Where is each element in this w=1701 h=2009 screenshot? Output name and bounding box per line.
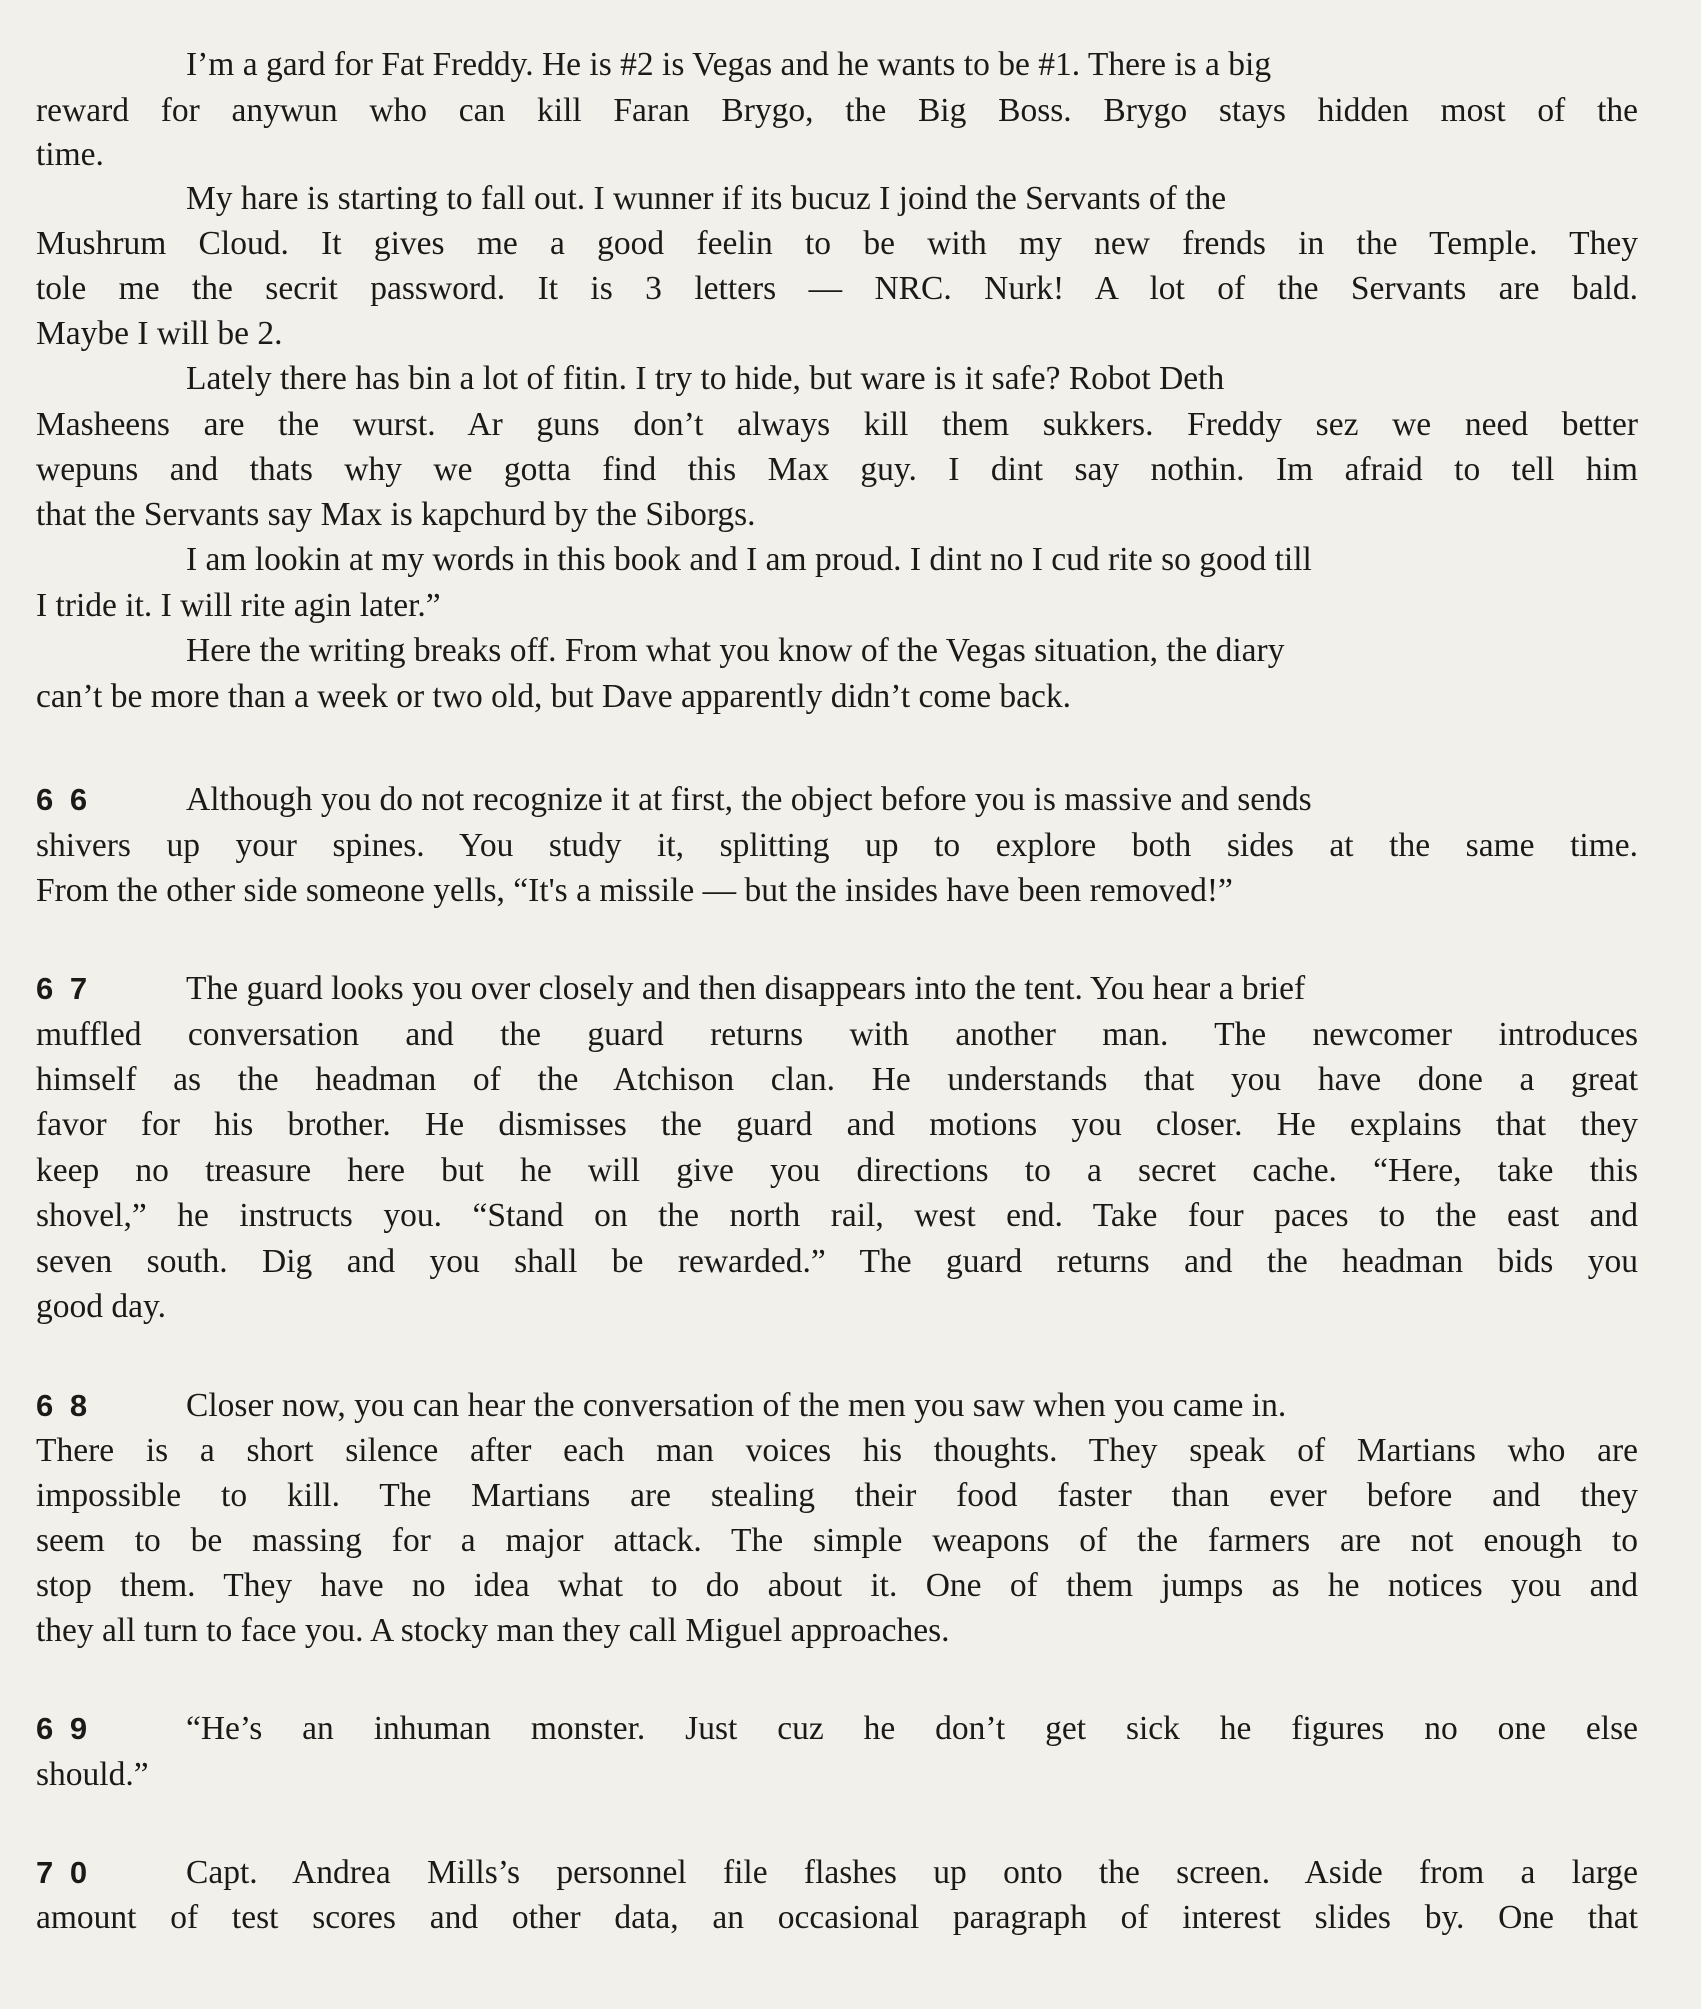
- entry-67-line-8: good day.: [36, 1284, 1638, 1330]
- diary-p4-line-2: I tride it. I will rite agin later.”: [36, 583, 1638, 629]
- diary-p2-line-1: My hare is starting to fall out. I wunne…: [36, 176, 1701, 222]
- entry-number: 6 6: [36, 777, 91, 823]
- entry-number: 6 9: [36, 1706, 91, 1752]
- diary-p3-line-3: wepuns and thats why we gotta find this …: [36, 447, 1638, 493]
- entry-70-line-2: amount of test scores and other data, an…: [36, 1895, 1638, 1941]
- entry-number: 7 0: [36, 1850, 91, 1896]
- entry-68-line-6: they all turn to face you. A stocky man …: [36, 1608, 1638, 1654]
- diary-p5-line-2: can’t be more than a week or two old, bu…: [36, 674, 1638, 720]
- entry-text: Capt. Andrea Mills’s personnel file flas…: [36, 1850, 1638, 1896]
- entry-67-line-5: keep no treasure here but he will give y…: [36, 1148, 1638, 1194]
- entry-66-line-3: From the other side someone yells, “It's…: [36, 868, 1638, 914]
- entry-69-line-2: should.”: [36, 1752, 1638, 1798]
- entry-text: Closer now, you can hear the conversatio…: [36, 1383, 1638, 1429]
- diary-p5-line-1: Here the writing breaks off. From what y…: [36, 628, 1701, 674]
- entry-70-line-1: 7 0 Capt. Andrea Mills’s personnel file …: [36, 1850, 1638, 1896]
- entry-66-line-1: 6 6 Although you do not recognize it at …: [36, 777, 1638, 823]
- entry-67-line-2: muffled conversation and the guard retur…: [36, 1012, 1638, 1058]
- diary-p1-line-3: time.: [36, 132, 1638, 178]
- entry-67-line-6: shovel,” he instructs you. “Stand on the…: [36, 1193, 1638, 1239]
- entry-text: “He’s an inhuman monster. Just cuz he do…: [36, 1706, 1638, 1752]
- diary-p2-line-2: Mushrum Cloud. It gives me a good feelin…: [36, 221, 1638, 267]
- entry-67-line-3: himself as the headman of the Atchison c…: [36, 1057, 1638, 1103]
- diary-p2-line-3: tole me the secrit password. It is 3 let…: [36, 266, 1638, 312]
- diary-p3-line-4: that the Servants say Max is kapchurd by…: [36, 492, 1638, 538]
- entry-68-line-1: 6 8 Closer now, you can hear the convers…: [36, 1383, 1638, 1429]
- entry-68-line-4: seem to be massing for a major attack. T…: [36, 1518, 1638, 1564]
- entry-number: 6 7: [36, 966, 91, 1012]
- entry-69-line-1: 6 9 “He’s an inhuman monster. Just cuz h…: [36, 1706, 1638, 1752]
- entry-number: 6 8: [36, 1383, 91, 1429]
- entry-text: The guard looks you over closely and the…: [36, 966, 1638, 1012]
- diary-p3-line-1: Lately there has bin a lot of fitin. I t…: [36, 356, 1701, 402]
- diary-p2-line-4: Maybe I will be 2.: [36, 311, 1638, 357]
- entry-68-line-3: impossible to kill. The Martians are ste…: [36, 1473, 1638, 1519]
- entry-66-line-2: shivers up your spines. You study it, sp…: [36, 823, 1638, 869]
- entry-68-line-5: stop them. They have no idea what to do …: [36, 1563, 1638, 1609]
- entry-text: Although you do not recognize it at firs…: [36, 777, 1638, 823]
- entry-67-line-4: favor for his brother. He dismisses the …: [36, 1102, 1638, 1148]
- diary-p4-line-1: I am lookin at my words in this book and…: [36, 537, 1701, 583]
- entry-68-line-2: There is a short silence after each man …: [36, 1428, 1638, 1474]
- entry-67-line-1: 6 7 The guard looks you over closely and…: [36, 966, 1638, 1012]
- diary-p1-line-1: I’m a gard for Fat Freddy. He is #2 is V…: [36, 42, 1701, 88]
- diary-p3-line-2: Masheens are the wurst. Ar guns don’t al…: [36, 402, 1638, 448]
- diary-p1-line-2: reward for anywun who can kill Faran Bry…: [36, 88, 1638, 134]
- entry-67-line-7: seven south. Dig and you shall be reward…: [36, 1239, 1638, 1285]
